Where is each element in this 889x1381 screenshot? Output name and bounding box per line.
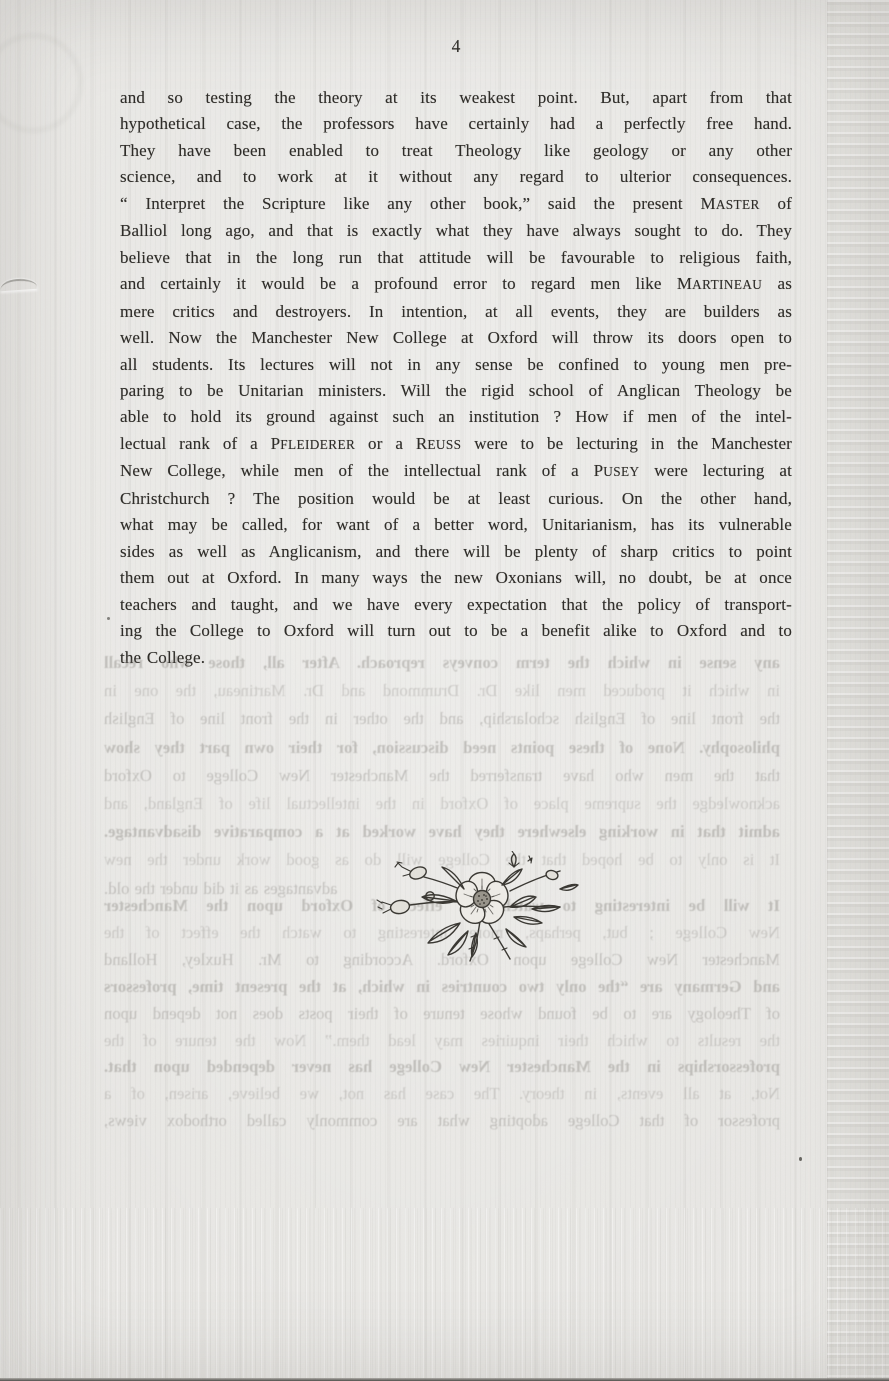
ink-speck: [107, 617, 110, 620]
bleed-through-line: Not, at all events, in theory. The case …: [104, 1081, 780, 1108]
bleed-through-line: in which it produced men like Dr. Drummo…: [104, 677, 780, 705]
bleed-through-line: the results to which their inquiries may…: [104, 1028, 780, 1055]
paragraph-line: and so testing the theory at its weakest…: [120, 85, 792, 111]
paragraph-line: well. Now the Manchester New College at …: [120, 325, 792, 351]
paragraph-line: believe that in the long run that attitu…: [120, 245, 792, 271]
paragraph-line: New College, while men of the intellectu…: [120, 458, 792, 485]
paragraph-line: what may be called, for want of a better…: [120, 512, 792, 538]
scan-bottom-texture-band: [0, 1208, 889, 1378]
paragraph-line: able to hold its ground against such an …: [120, 404, 792, 430]
bleed-through-line: and Germany are “the only two countries …: [104, 974, 780, 1001]
paragraph-line: them out at Oxford. In many ways the new…: [120, 565, 792, 591]
paragraph-line: mere critics and destroyers. In intentio…: [120, 299, 792, 325]
bleed-through-line: of Theology are to be found whose tenure…: [104, 1001, 780, 1028]
paragraph-line: They have been enabled to treat Theology…: [120, 138, 792, 164]
bleed-through-line: professorships in the Manchester New Col…: [104, 1054, 780, 1081]
scanned-document-page: 4 and so testing the theory at its weake…: [0, 0, 889, 1381]
paragraph-line: science, and to work at it without any r…: [120, 164, 792, 190]
paragraph-line: ing the College to Oxford will turn out …: [120, 618, 792, 644]
body-paragraph: and so testing the theory at its weakest…: [120, 85, 792, 671]
bleed-through-line: philosophy. None of these points need di…: [104, 734, 780, 762]
scan-edge-strip: [827, 0, 889, 1381]
paragraph-line: hypothetical case, the professors have c…: [120, 111, 792, 137]
page-number: 4: [120, 36, 792, 57]
paragraph-line: teachers and taught, and we have every e…: [120, 592, 792, 618]
paragraph-line: sides as well as Anglicanism, and there …: [120, 539, 792, 565]
paper-crease-mark: [0, 278, 37, 292]
paragraph-line: Balliol long ago, and that is exactly wh…: [120, 218, 792, 244]
paragraph-line: lectual rank of a PFLEIDERER or a REUSS …: [120, 431, 792, 458]
rose-ornament-illustration: [364, 851, 586, 964]
bleed-through-line: the front line of English scholarship, a…: [104, 705, 780, 733]
paragraph-line: “ Interpret the Scripture like any other…: [120, 191, 792, 218]
ink-speck: [799, 1157, 802, 1161]
bleed-through-line: acknowledge the supreme place of Oxford …: [104, 790, 780, 818]
bleed-through-line: that the men who have transferred the Ma…: [104, 762, 780, 790]
paragraph-line: Christchurch ? The position would be at …: [120, 486, 792, 512]
paper-stain-ring: [0, 34, 82, 132]
bleed-through-line: admit that in working elsewhere they hav…: [104, 818, 780, 846]
paragraph-line: paring to be Unitarian ministers. Will t…: [120, 378, 792, 404]
bleed-through-line: any sense in which the term conveys repr…: [104, 649, 780, 677]
paragraph-line: all students. Its lectures will not in a…: [120, 352, 792, 378]
paragraph-line: and certainly it would be a profound err…: [120, 271, 792, 298]
bleed-through-line: professor of that College adopting what …: [104, 1108, 780, 1135]
